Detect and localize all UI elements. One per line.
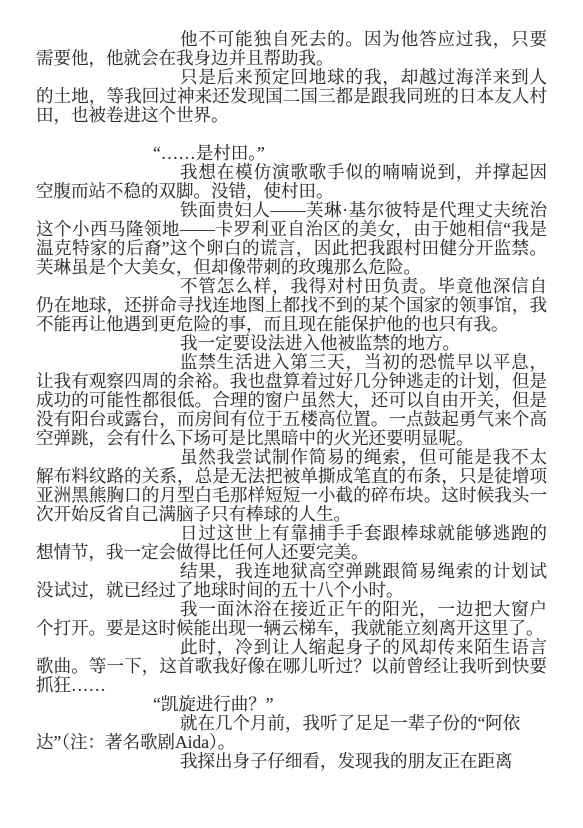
text-line: 次开始反省自己满脑子只有棒球的人生。	[36, 505, 547, 524]
text-line: 让我有观察四周的余裕。我也盘算着过好几分钟逃走的计划，但是	[36, 372, 547, 391]
text-line: 空弹跳，会有什么下场可是比黑暗中的火光还要明显呢。	[36, 429, 547, 448]
text-line: 温克特家的后裔”这个卵白的谎言，因此把我跟村田健分开监禁。	[36, 239, 547, 258]
text-line: 芙琳虽是个大美女，但却像带刺的玫瑰那么危险。	[36, 258, 547, 277]
text-line: 成功的可能性都很低。合理的窗户虽然大，还可以自由开关，但是	[36, 391, 547, 410]
text-line: 田，也被卷进这个世界。	[36, 106, 547, 125]
text-line: 个打开。要是这时候能出现一辆云梯车，我就能立刻离开这里了。	[36, 619, 547, 638]
text-line: 不能再让他遇到更危险的事，而且现在能保护他的也只有我。	[36, 315, 547, 334]
text-line: 日过这世上有靠捕手手套跟棒球就能够逃跑的幻	[36, 524, 547, 543]
text-line: 没试过，就已经过了地球时间的五十八个小时。	[36, 581, 547, 600]
text-line: 歌曲。等一下，这首歌我好像在哪儿听过？以前曾经让我听到快要	[36, 657, 547, 676]
text-line: 不管怎么样，我得对村田负责。毕竟他深信自己	[36, 277, 547, 296]
text-line: 他不可能独自死去的。因为他答应过我，只要我	[36, 30, 547, 49]
text-line: 我一定要设法进入他被监禁的地方。	[36, 334, 547, 353]
text-line: 这个小西马隆领地——卡罗利亚自治区的美女，由于她相信“我是	[36, 220, 547, 239]
text-line: 仍在地球，还拼命寻找连地图上都找不到的某个国家的领事馆，我	[36, 296, 547, 315]
text-line: 解布料纹路的关系，总是无法把被单撕成笔直的布条，只是徒增项	[36, 467, 547, 486]
text-line: 只是后来预定回地球的我，却越过海洋来到人类	[36, 68, 547, 87]
book-page: 他不可能独自死去的。因为他答应过我，只要我需要他，他就会在我身边并且帮助我。只是…	[0, 0, 583, 828]
text-line: 就在几个月前，我听了足足一辈子份的“阿依	[36, 714, 547, 733]
text-line: 的土地，等我回过神来还发现国二国三都是跟我同班的日本友人村	[36, 87, 547, 106]
text-line: “……是村田。”	[36, 144, 547, 163]
text-line: 此时，冷到让人缩起身子的风却传来陌生语言的	[36, 638, 547, 657]
text-line: 空腹而站不稳的双脚。没错，使村田。	[36, 182, 547, 201]
text-line: 我探出身子仔细看，发现我的朋友正在距离六、	[36, 752, 547, 771]
text-line: 抓狂……	[36, 676, 547, 695]
text-line: 我一面沐浴在接近正午的阳光，一边把大窗户整	[36, 600, 547, 619]
text-line: 监禁生活进入第三天，当初的恐慌早以平息，也	[36, 353, 547, 372]
text-line: 我想在模仿演歌歌手似的喃喃说到，并撑起因为	[36, 163, 547, 182]
text-line: 达”（注：著名歌剧Aida）。	[36, 733, 547, 752]
text-block: 他不可能独自死去的。因为他答应过我，只要我需要他，他就会在我身边并且帮助我。只是…	[36, 30, 547, 771]
text-line: 铁面贵妇人——芙琳·基尔彼特是代理丈夫统治	[36, 201, 547, 220]
text-line: 需要他，他就会在我身边并且帮助我。	[36, 49, 547, 68]
text-line: 虽然我尝试制作简易的绳索，但可能是我不太了	[36, 448, 547, 467]
text-line: 结果，我连地狱高空弹跳跟简易绳索的计划试都	[36, 562, 547, 581]
text-line: “凯旋进行曲？”	[36, 695, 547, 714]
text-line: 没有阳台或露台，而房间有位于五楼高位置。一点鼓起勇气来个高	[36, 410, 547, 429]
text-line: 想情节，我一定会做得比任何人还要完美。	[36, 543, 547, 562]
text-line: 亚洲黑熊胸口的月型白毛那样短短一小截的碎布块。这时候我头一	[36, 486, 547, 505]
blank-line	[36, 125, 547, 144]
